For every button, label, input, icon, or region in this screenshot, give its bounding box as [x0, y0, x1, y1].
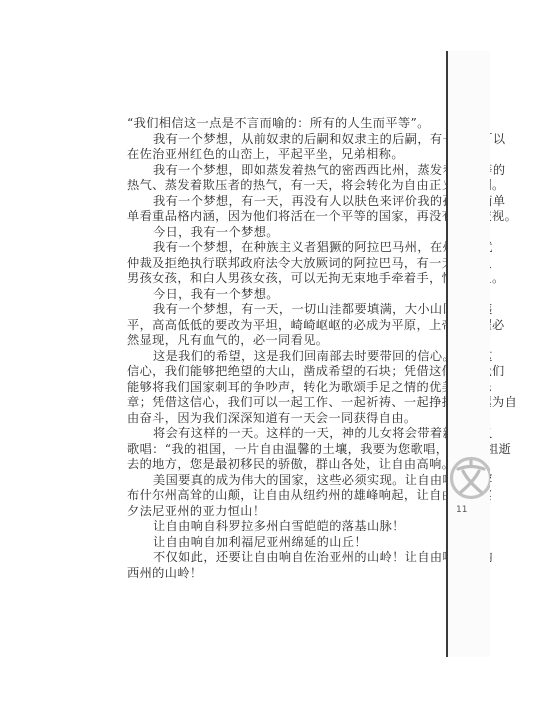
text-line: “我们相信这一点是不言而喻的：所有的人生而平等”。 — [127, 116, 425, 132]
side-margin-strip — [448, 51, 490, 657]
text-line: 章；凭借这信心，我们可以一起工作、一起祈祷、一起挣扎、一起为自 — [127, 395, 425, 411]
text-line: 我有一个梦想，有一天，一切山洼都要填满，大小山冈都要夷 — [127, 302, 425, 318]
wen-character-seal-icon — [448, 455, 490, 501]
text-line: 去的地方，您是最初移民的骄傲，群山各处，让自由高响。” — [127, 457, 425, 473]
text-line: 男孩女孩，和白人男孩女孩，可以无拘无束地手牵着手，情同手足。 — [127, 271, 425, 287]
text-line: 我有一个梦想，即如蒸发着热气的密西西比州，蒸发着不平等的 — [127, 163, 425, 179]
text-line: 今日，我有一个梦想。 — [127, 225, 425, 241]
text-line: 不仅如此，还要让自由响自佐治亚州的山岭！让自由响自田纳 — [127, 550, 425, 566]
text-line: 这是我们的希望，这是我们回南部去时要带回的信心。凭借这 — [127, 349, 425, 365]
text-line: 美国要真的成为伟大的国家，这些必须实现。让自由响自新罕 — [127, 473, 425, 489]
text-line: 夕法尼亚州的亚力恒山！ — [127, 504, 425, 520]
text-line: 布什尔州高耸的山颠，让自由从纽约州的雄峰响起，让自由响自宾 — [127, 488, 425, 504]
book-page: “我们相信这一点是不言而喻的：所有的人生而平等”。 我有一个梦想，从前奴隶的后嗣… — [0, 0, 550, 711]
text-line: 我有一个梦想，在种族主义者猖獗的阿拉巴马州，在州长仍就 — [127, 240, 425, 256]
text-line: 由奋斗，因为我们深深知道有一天会一同获得自由。 — [127, 411, 425, 427]
text-line: 西州的山岭！ — [127, 566, 425, 582]
text-line: 歌唱：“我的祖国，一片自由温馨的土壤，我要为您歌唱，您是先祖逝 — [127, 442, 425, 458]
text-line: 我有一个梦想，有一天，再没有人以肤色来评价我的孩子，而单 — [127, 194, 425, 210]
text-line: 今日，我有一个梦想。 — [127, 287, 425, 303]
text-line: 平，高高低低的要改为平坦，崎崎岖岖的必成为平原，上帝的荣耀必 — [127, 318, 425, 334]
text-line: 信心，我们能够把绝望的大山，凿成希望的石块；凭借这信心，我们 — [127, 364, 425, 380]
page-number: 11 — [456, 505, 467, 515]
body-text: “我们相信这一点是不言而喻的：所有的人生而平等”。 我有一个梦想，从前奴隶的后嗣… — [127, 116, 425, 581]
text-line: 让自由响自科罗拉多州白雪皑皑的落基山脉！ — [127, 519, 425, 535]
text-line: 能够将我们国家刺耳的争吵声，转化为歌颂手足之情的优美交响乐 — [127, 380, 425, 396]
text-line: 让自由响自加利福尼亚州绵延的山丘！ — [127, 535, 425, 551]
text-line: 我有一个梦想，从前奴隶的后嗣和奴隶主的后嗣，有一天，可以 — [127, 132, 425, 148]
text-line: 仲裁及拒绝执行联邦政府法令大放厥词的阿拉巴马，有一天，黑人 — [127, 256, 425, 272]
vertical-rule — [446, 51, 448, 657]
text-line: 在佐治亚州红色的山峦上，平起平坐，兄弟相称。 — [127, 147, 425, 163]
text-line: 热气、蒸发着欺压者的热气，有一天，将会转化为自由正义的绿洲。 — [127, 178, 425, 194]
text-line: 将会有这样的一天。这样的一天，神的儿女将会带着新的含义 — [127, 426, 425, 442]
text-line: 然显现，凡有血气的，必一同看见。 — [127, 333, 425, 349]
text-line: 单看重品格内涵，因为他们将活在一个平等的国家，再没有种族歧视。 — [127, 209, 425, 225]
